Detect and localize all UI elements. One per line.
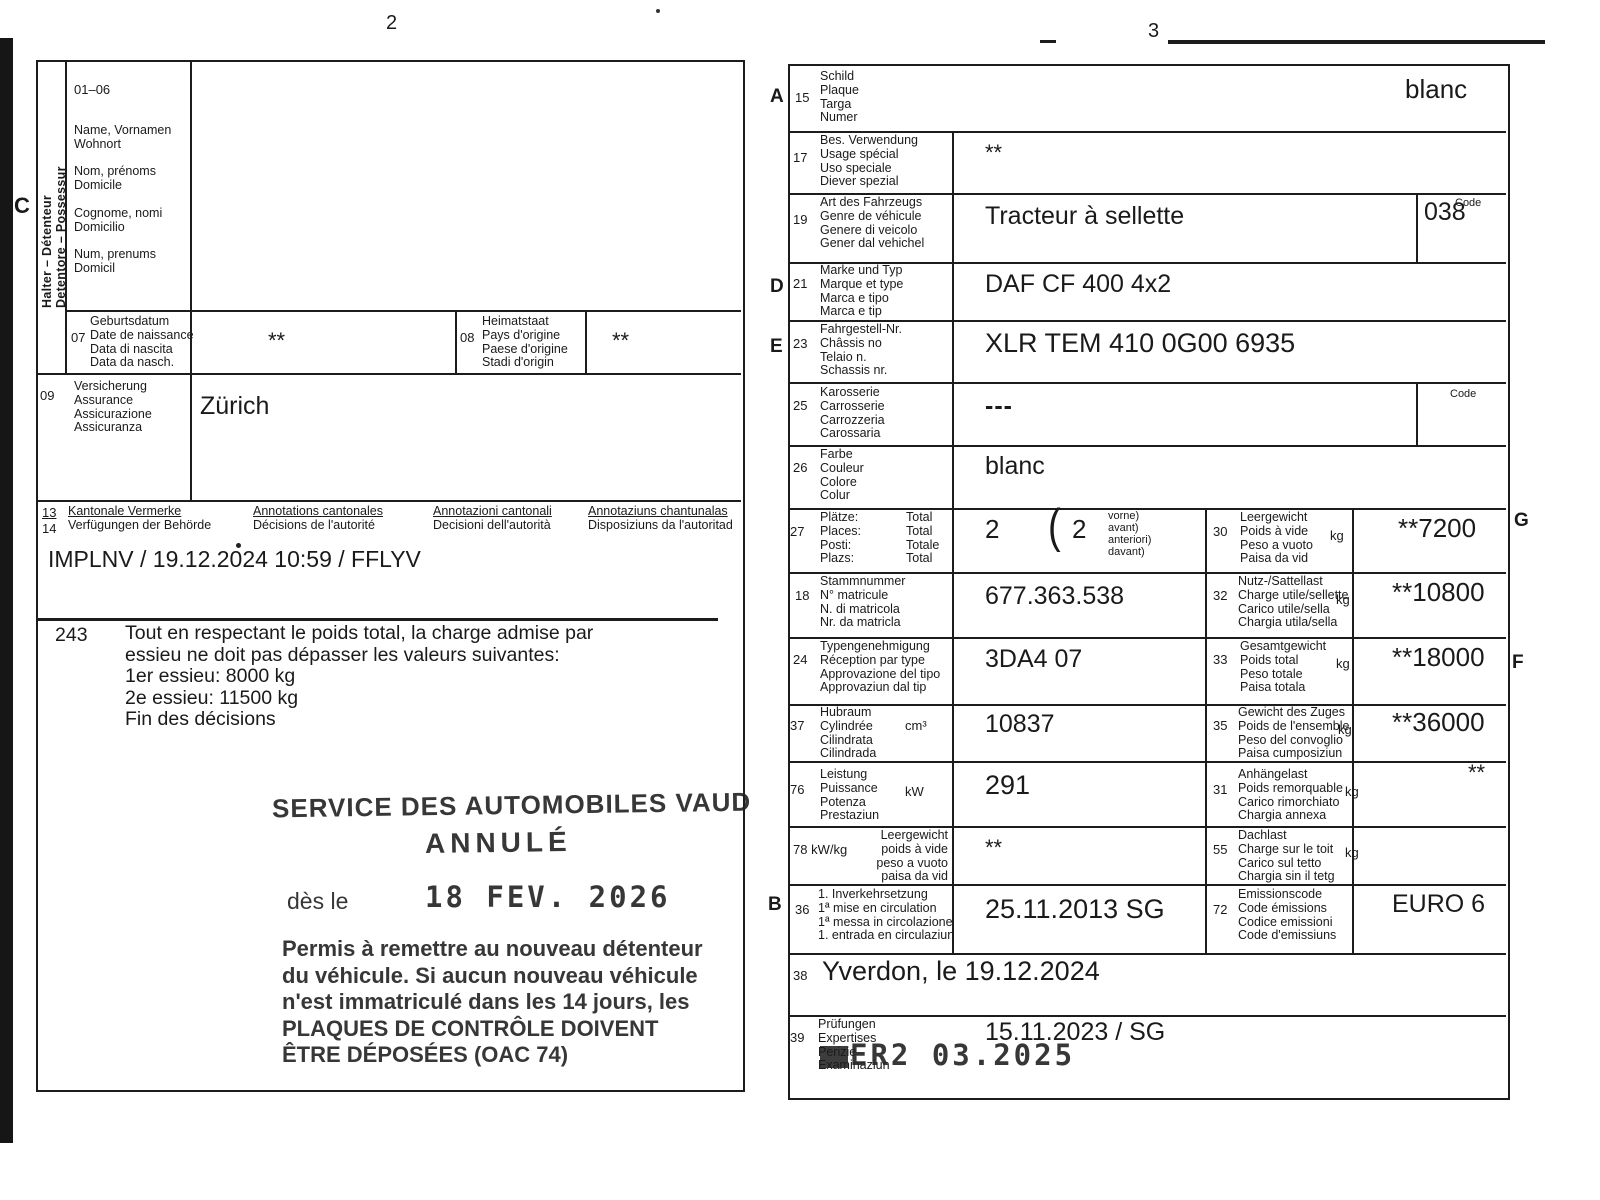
- field-27-front-value: 2: [1072, 514, 1086, 545]
- field-72-label: Emissionscode Code émissions Codice emis…: [1238, 888, 1336, 943]
- stamp-date: 18 FEV. 2026: [425, 880, 671, 914]
- p3-row-line: [788, 953, 1506, 955]
- field-30-label: Leergewicht Poids à vide Peso a vuoto Pa…: [1240, 511, 1313, 566]
- field-07-value: **: [268, 328, 285, 354]
- section-letter-F: F: [1512, 652, 1524, 674]
- p2-divider: [65, 310, 741, 312]
- field-08-label: Heimatstaat Pays d'origine Paese d'origi…: [482, 315, 568, 370]
- field-0106-number: 01–06: [74, 82, 110, 97]
- remarks-header-de-l2: Verfügungen der Behörde: [68, 518, 211, 532]
- field-31-unit: kg: [1345, 784, 1359, 799]
- field-37-value: 10837: [985, 710, 1055, 739]
- field-24-value: 3DA4 07: [985, 645, 1082, 674]
- field-23-label: Fahrgestell-Nr. Châssis no Telaio n. Sch…: [820, 323, 902, 378]
- field-15-label: Schild Plaque Targa Numer: [820, 70, 859, 125]
- field-15-value: blanc: [1405, 74, 1467, 105]
- field-55-label: Dachlast Charge sur le toit Carico sul t…: [1238, 829, 1335, 884]
- holder-rotated-line1: Halter – Détenteur: [40, 195, 54, 308]
- field-37-unit: cm³: [905, 718, 927, 733]
- p3-row-line: [788, 382, 1506, 384]
- p3-code-box-25: [1416, 382, 1418, 445]
- remarks-header-de: Kantonale VermerkeVerfügungen der Behörd…: [68, 505, 211, 533]
- field-09-label: Versicherung Assurance Assicurazione Ass…: [74, 380, 152, 435]
- field-37-label: Hubraum Cylindrée Cilindrata Cilindrada: [820, 706, 876, 761]
- field-26-label: Farbe Couleur Colore Colur: [820, 448, 864, 503]
- field-78-value: **: [985, 835, 1002, 861]
- p2-decision-rule: [38, 618, 718, 621]
- scan-edge-bar: [0, 38, 13, 1143]
- p2-divider: [455, 310, 457, 375]
- stamp-from-label: dès le: [287, 888, 348, 915]
- remarks-header-rm: Annotaziuns chantunalasDisposiziuns da l…: [588, 505, 733, 533]
- page2-number: 2: [386, 12, 397, 35]
- field-36-number: 36: [795, 902, 809, 917]
- field-27-label-langs: Plätze: Places: Posti: Plazs:: [820, 511, 861, 566]
- field-19-label: Art des Fahrzeugs Genre de véhicule Gene…: [820, 196, 924, 251]
- field-37-number: 37: [790, 718, 804, 733]
- field-27-front-labels: vorne) avant) anteriori) davant): [1108, 510, 1151, 558]
- remarks-entry: IMPLNV / 19.12.2024 10:59 / FFLYV: [48, 546, 421, 573]
- field-08-value: **: [612, 328, 629, 354]
- field-35-number: 35: [1213, 718, 1227, 733]
- field-36-label: 1. Inverkehrsetzung 1ª mise en circulati…: [818, 888, 954, 943]
- decision-text: Tout en respectant le poids total, la ch…: [125, 623, 593, 731]
- field-17-label: Bes. Verwendung Usage spécial Uso specia…: [820, 134, 918, 189]
- section-letter-C: C: [14, 193, 30, 219]
- field-25-label: Karosserie Carrosserie Carrozzeria Caros…: [820, 386, 885, 441]
- p3-row-line: [788, 761, 1506, 763]
- field-32-number: 32: [1213, 588, 1227, 603]
- p3-half-divider: [1205, 508, 1207, 953]
- p3-row-line: [788, 445, 1506, 447]
- field-35-value: **36000: [1392, 707, 1485, 738]
- field-33-value: **18000: [1392, 642, 1485, 673]
- p2-divider: [65, 60, 67, 373]
- field-33-unit: kg: [1336, 656, 1350, 671]
- field-24-number: 24: [793, 652, 807, 667]
- field-21-label: Marke und Typ Marque et type Marca e tip…: [820, 264, 903, 319]
- p2-divider: [36, 373, 741, 375]
- p3-code-box-19: [1416, 193, 1418, 262]
- field-19-value: Tracteur à sellette: [985, 202, 1184, 231]
- field-76-value: 291: [985, 770, 1030, 801]
- stamp-body-text: Permis à remettre au nouveau détenteur d…: [282, 936, 703, 1069]
- field-78-number: 78 kW/kg: [793, 842, 847, 857]
- field-55-unit: kg: [1345, 845, 1359, 860]
- field-14-number: 14: [42, 521, 56, 536]
- field-38-number: 38: [793, 968, 807, 983]
- section-letter-G: G: [1514, 510, 1529, 532]
- p3-value-divider: [1352, 508, 1354, 953]
- section-letter-B: B: [768, 894, 782, 916]
- field-27-label-totals: Total Total Totale Total: [906, 511, 939, 566]
- scan-artifact-dot: [656, 9, 660, 13]
- remarks-header-it: Annotazioni cantonaliDecisioni dell'auto…: [433, 505, 552, 533]
- field-33-label: Gesamtgewicht Poids total Peso totale Pa…: [1240, 640, 1326, 695]
- scan-artifact-line: [1168, 40, 1545, 44]
- remarks-header-it-l1: Annotazioni cantonali: [433, 504, 552, 518]
- field-27-number: 27: [790, 524, 804, 539]
- decision-code: 243: [55, 624, 88, 647]
- field-78-label: Leergewicht poids à vide peso a vuoto pa…: [862, 829, 948, 884]
- field-27-front-brace: (: [1048, 501, 1061, 555]
- field-18-label: Stammnummer N° matricule N. di matricola…: [820, 575, 905, 630]
- field-24-label: Typengenehmigung Réception par type Appr…: [820, 640, 940, 695]
- field-30-number: 30: [1213, 524, 1227, 539]
- field-32-label: Nutz-/Sattellast Charge utile/sellette C…: [1238, 575, 1348, 630]
- field-07-label: Geburtsdatum Date de naissance Data di n…: [90, 315, 194, 370]
- section-letter-D: D: [770, 276, 784, 298]
- p3-row-line: [788, 704, 1506, 706]
- remarks-header-it-l2: Decisioni dell'autorità: [433, 518, 551, 532]
- field-72-value: EURO 6: [1392, 890, 1485, 919]
- page3-number: 3: [1148, 20, 1159, 43]
- field-07-number: 07: [71, 330, 85, 345]
- field-26-number: 26: [793, 460, 807, 475]
- p2-divider: [585, 310, 587, 375]
- field-33-number: 33: [1213, 652, 1227, 667]
- field-21-number: 21: [793, 276, 807, 291]
- field-32-value: **10800: [1392, 577, 1485, 608]
- field-13-number: 13: [42, 505, 56, 520]
- field-15-number: 15: [795, 90, 809, 105]
- registration-document-scan: 2 3 C Halter – Détenteur Detentore – Pos…: [0, 0, 1600, 1200]
- field-39-number: 39: [790, 1030, 804, 1045]
- field-21-value: DAF CF 400 4x2: [985, 270, 1171, 299]
- remarks-header-rm-l2: Disposiziuns da l'autoritad: [588, 518, 733, 532]
- field-18-number: 18: [795, 588, 809, 603]
- field-55-number: 55: [1213, 842, 1227, 857]
- field-31-label: Anhängelast Poids remorquable Carico rim…: [1238, 768, 1343, 823]
- field-72-number: 72: [1213, 902, 1227, 917]
- field-36-value: 25.11.2013 SG: [985, 894, 1165, 925]
- field-31-number: 31: [1213, 782, 1227, 797]
- field-35-unit: kg: [1338, 722, 1352, 737]
- field-32-unit: kg: [1336, 592, 1350, 607]
- p3-row-line: [788, 884, 1506, 886]
- inspection-stamp-blob: [820, 1046, 848, 1068]
- field-19-number: 19: [793, 212, 807, 227]
- field-08-number: 08: [460, 330, 474, 345]
- field-76-number: 76: [790, 782, 804, 797]
- scan-artifact-dash: [1040, 40, 1056, 43]
- section-letter-A: A: [770, 86, 784, 108]
- field-76-label: Leistung Puissance Potenza Prestaziun: [820, 768, 879, 823]
- field-18-value: 677.363.538: [985, 582, 1124, 611]
- p3-row-line: [788, 1015, 1506, 1017]
- field-30-unit: kg: [1330, 528, 1344, 543]
- field-23-value: XLR TEM 410 0G00 6935: [985, 328, 1295, 359]
- remarks-header-fr-l2: Décisions de l'autorité: [253, 518, 375, 532]
- field-23-number: 23: [793, 336, 807, 351]
- p2-divider: [36, 500, 741, 502]
- remarks-header-de-l1: Kantonale Vermerke: [68, 504, 181, 518]
- field-25-value: ---: [985, 392, 1013, 421]
- field-19-code-value: 038: [1424, 198, 1466, 227]
- field-38-value: Yverdon, le 19.12.2024: [822, 956, 1100, 987]
- remarks-header-fr: Annotations cantonalesDécisions de l'aut…: [253, 505, 383, 533]
- field-17-number: 17: [793, 150, 807, 165]
- field-25-number: 25: [793, 398, 807, 413]
- field-76-unit: kW: [905, 784, 924, 799]
- field-0106-label: Name, Vornamen Wohnort Nom, prénoms Domi…: [74, 124, 171, 276]
- inspection-stamp-text: ER2 03.2025: [850, 1038, 1075, 1072]
- p3-label-divider: [952, 131, 954, 953]
- field-35-label: Gewicht des Zuges Poids de l'ensemble Pe…: [1238, 706, 1349, 761]
- field-25-code-label: Code: [1450, 388, 1476, 400]
- section-letter-E: E: [770, 336, 783, 358]
- field-26-value: blanc: [985, 452, 1045, 481]
- field-09-value: Zürich: [200, 392, 269, 421]
- stamp-annule-line: ANNULÉ: [425, 826, 572, 860]
- remarks-header-fr-l1: Annotations cantonales: [253, 504, 383, 518]
- p2-divider: [190, 60, 192, 500]
- field-09-number: 09: [40, 388, 54, 403]
- field-27-total-value: 2: [985, 514, 999, 545]
- field-31-value: **: [1468, 760, 1485, 786]
- field-17-value: **: [985, 140, 1002, 166]
- remarks-header-rm-l1: Annotaziuns chantunalas: [588, 504, 728, 518]
- field-30-value: **7200: [1398, 513, 1476, 544]
